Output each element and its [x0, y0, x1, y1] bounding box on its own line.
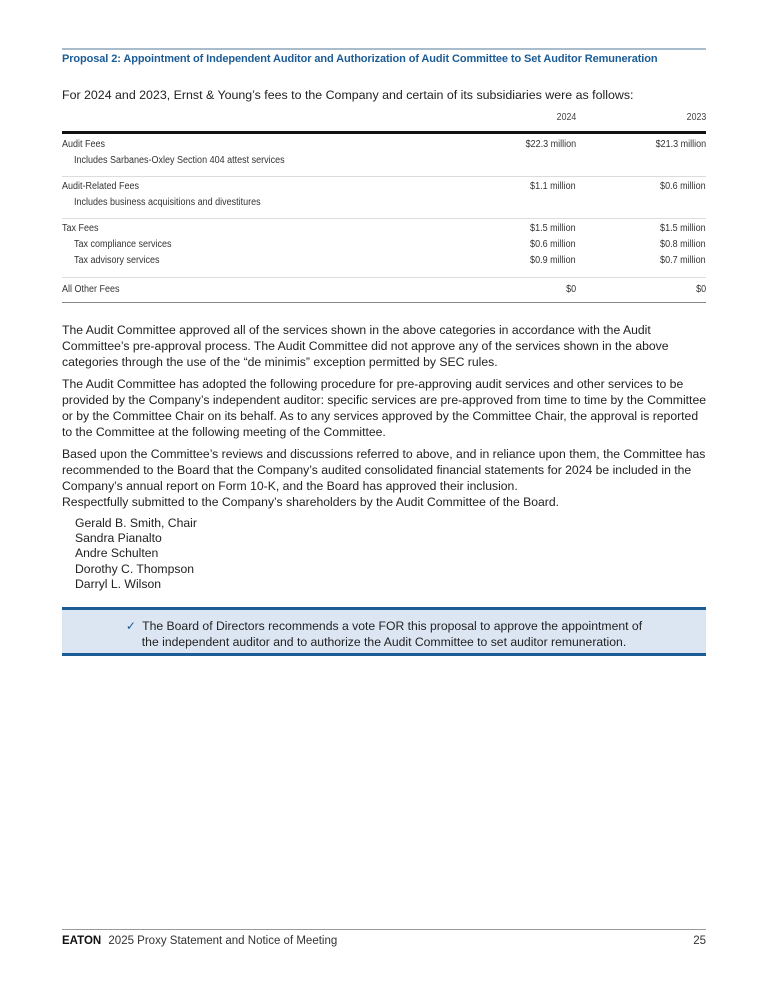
header-rule	[62, 131, 706, 134]
table-row-audit-related-fees: Audit-Related Fees $1.1 million $0.6 mil…	[62, 181, 706, 197]
value-2024: $0.9 million	[530, 255, 576, 266]
value-2023: $0	[696, 284, 706, 295]
row-label: Includes Sarbanes-Oxley Section 404 atte…	[74, 155, 285, 166]
row-divider	[62, 176, 706, 177]
row-label: Tax advisory services	[74, 255, 160, 266]
value-2024: $1.1 million	[530, 181, 576, 192]
callout-line-1: The Board of Directors recommends a vote…	[142, 619, 642, 633]
footer: EATON 2025 Proxy Statement and Notice of…	[62, 935, 337, 947]
table-row-all-other-fees: All Other Fees $0 $0	[62, 284, 706, 300]
signer: Sandra Pianalto	[75, 531, 197, 546]
section-title: Proposal 2: Appointment of Independent A…	[62, 53, 658, 65]
signer: Gerald B. Smith, Chair	[75, 516, 197, 531]
section-rule	[62, 48, 706, 50]
value-2023: $1.5 million	[660, 223, 706, 234]
value-2023: $0.7 million	[660, 255, 706, 266]
column-header-2023: 2023	[686, 112, 706, 123]
footer-rule	[62, 929, 706, 930]
paragraph-procedure: The Audit Committee has adopted the foll…	[62, 376, 710, 440]
row-divider	[62, 218, 706, 219]
value-2023: $0.8 million	[660, 239, 706, 250]
row-label: Audit-Related Fees	[62, 181, 139, 192]
table-row-tax-advisory: Tax advisory services $0.9 million $0.7 …	[62, 255, 706, 271]
row-label: Audit Fees	[62, 139, 105, 150]
checkmark-icon: ✓	[126, 619, 136, 633]
footer-title: 2025 Proxy Statement and Notice of Meeti…	[108, 935, 337, 947]
value-2024: $22.3 million	[525, 139, 576, 150]
table-row-tax-compliance: Tax compliance services $0.6 million $0.…	[62, 239, 706, 255]
row-label: Includes business acquisitions and dives…	[74, 197, 261, 208]
signer: Darryl L. Wilson	[75, 577, 197, 592]
value-2023: $21.3 million	[655, 139, 706, 150]
row-divider	[62, 277, 706, 278]
table-row-audit-fees-note: Includes Sarbanes-Oxley Section 404 atte…	[62, 155, 706, 171]
value-2023: $0.6 million	[660, 181, 706, 192]
column-header-2024: 2024	[556, 112, 576, 123]
signer: Andre Schulten	[75, 546, 197, 561]
table-row-audit-related-note: Includes business acquisitions and dives…	[62, 197, 706, 213]
signer-list: Gerald B. Smith, Chair Sandra Pianalto A…	[75, 516, 197, 592]
value-2024: $0	[566, 284, 576, 295]
paragraph-approval: The Audit Committee approved all of the …	[62, 322, 710, 370]
row-label: All Other Fees	[62, 284, 120, 295]
brand-logo: EATON	[62, 935, 101, 947]
signer: Dorothy C. Thompson	[75, 562, 197, 577]
callout-line-2: the independent auditor and to authorize…	[62, 634, 706, 650]
table-row-audit-fees: Audit Fees $22.3 million $21.3 million	[62, 139, 706, 155]
row-label: Tax Fees	[62, 223, 99, 234]
table-row-tax-fees: Tax Fees $1.5 million $1.5 million	[62, 223, 706, 239]
callout-text: ✓The Board of Directors recommends a vot…	[62, 618, 706, 650]
paragraph-recommendation: Based upon the Committee’s reviews and d…	[62, 446, 710, 494]
value-2024: $1.5 million	[530, 223, 576, 234]
row-label: Tax compliance services	[74, 239, 172, 250]
intro-text: For 2024 and 2023, Ernst & Young’s fees …	[62, 88, 633, 102]
paragraph-submission: Respectfully submitted to the Company’s …	[62, 494, 710, 510]
value-2024: $0.6 million	[530, 239, 576, 250]
page-number: 25	[693, 935, 706, 947]
table-bottom-rule	[62, 302, 706, 303]
board-recommendation-callout: ✓The Board of Directors recommends a vot…	[62, 607, 706, 656]
